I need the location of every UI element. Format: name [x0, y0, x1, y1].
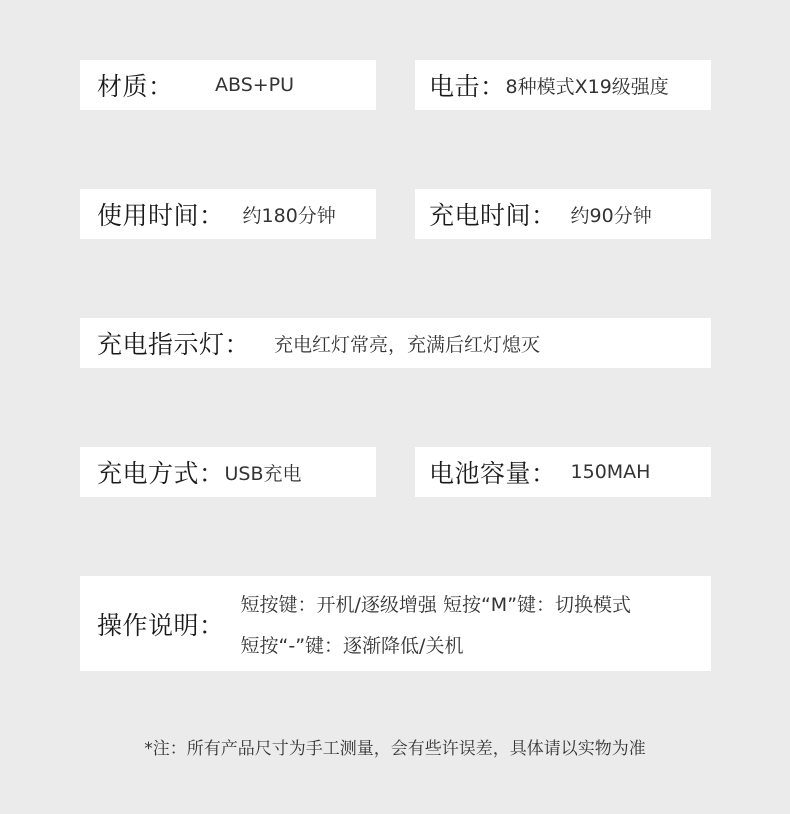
spec-value: 150MAH — [571, 461, 651, 483]
spec-label: 电池容量： — [429, 454, 557, 490]
spec-operation: 操作说明： 短按键：开机/逐级增强 短按“M”键：切换模式 短按“-”键：逐渐降… — [80, 576, 711, 671]
spec-label: 使用时间： — [97, 196, 225, 232]
spec-material: 材质： ABS+PU — [80, 60, 376, 110]
spec-value: 约90分钟 — [571, 201, 652, 228]
spec-label: 操作说明： — [97, 606, 225, 642]
spec-usage-time: 使用时间： 约180分钟 — [80, 189, 376, 239]
spec-value: 8种模式X19级强度 — [506, 72, 669, 99]
spec-label: 电击： — [429, 67, 506, 103]
spec-charge-time: 充电时间： 约90分钟 — [415, 189, 711, 239]
spec-label: 材质： — [97, 67, 215, 103]
spec-value: 约180分钟 — [243, 201, 336, 228]
operation-line: 短按键：开机/逐级增强 短按“M”键：切换模式 — [241, 590, 632, 617]
spec-charge-method: 充电方式： USB充电 — [80, 447, 376, 497]
spec-charge-indicator: 充电指示灯： 充电红灯常亮，充满后红灯熄灭 — [80, 318, 711, 368]
operation-line: 短按“-”键：逐渐降低/关机 — [241, 631, 632, 658]
footer-note: *注：所有产品尺寸为手工测量，会有些许误差，具体请以实物为准 — [0, 734, 790, 759]
spec-label: 充电指示灯： — [97, 325, 250, 361]
operation-lines: 短按键：开机/逐级增强 短按“M”键：切换模式 短按“-”键：逐渐降低/关机 — [241, 590, 632, 658]
spec-value: 充电红灯常亮，充满后红灯熄灭 — [274, 330, 540, 357]
spec-label: 充电时间： — [429, 196, 557, 232]
spec-shock: 电击： 8种模式X19级强度 — [415, 60, 711, 110]
spec-battery-capacity: 电池容量： 150MAH — [415, 447, 711, 497]
spec-value: USB充电 — [225, 459, 302, 486]
spec-value: ABS+PU — [215, 74, 294, 96]
spec-label: 充电方式： — [97, 454, 225, 490]
